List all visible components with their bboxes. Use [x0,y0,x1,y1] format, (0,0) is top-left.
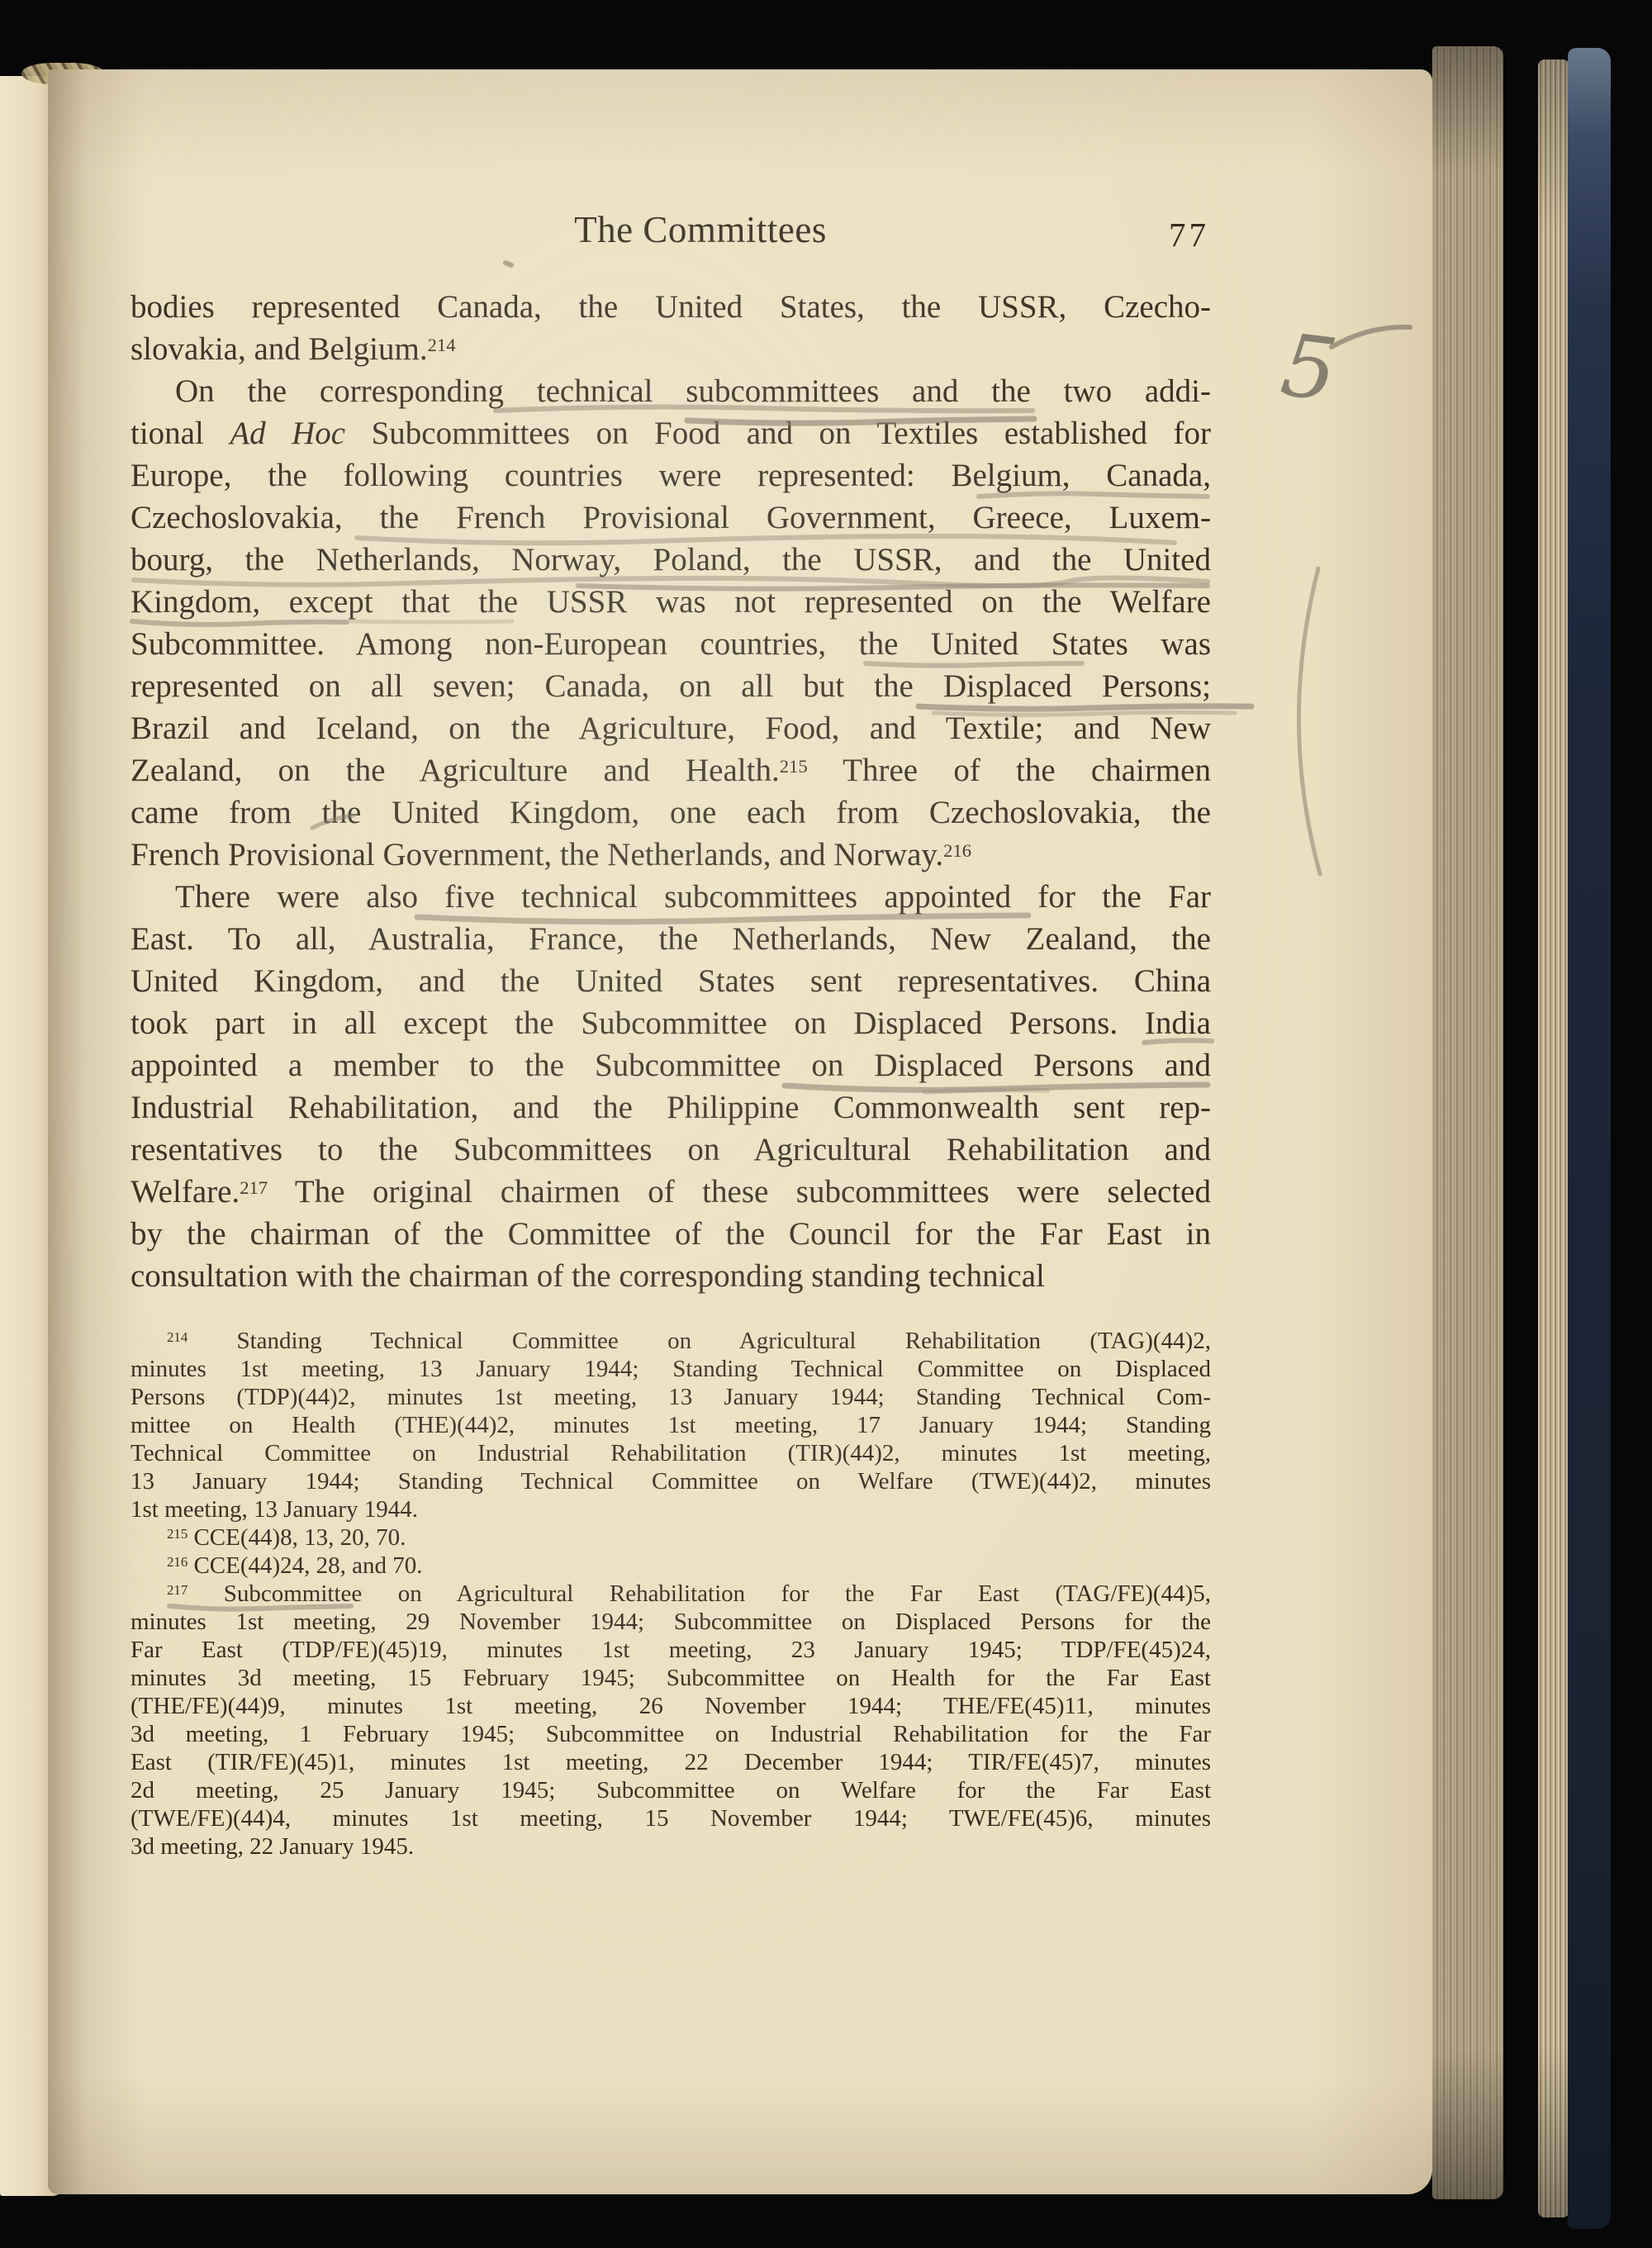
text-line: Industrial Rehabilitation, and the Phili… [131,1086,1211,1129]
text-line: 3d meeting, 1 February 1945; Subcommitte… [131,1720,1211,1748]
paragraph: There were also five technical subcommit… [131,876,1211,1297]
rear-page-block-edge [1538,59,1569,2217]
text-line: minutes 1st meeting, 29 November 1944; S… [131,1608,1211,1636]
book-page: The Committees 77 bodies represented Can… [48,69,1432,2194]
handwritten-margin-number: 5 [1276,314,1343,421]
text-line: minutes 3d meeting, 15 February 1945; Su… [131,1664,1211,1692]
text-line: Europe, the following countries were rep… [131,454,1211,497]
text-line: resentatives to the Subcommittees on Agr… [131,1129,1211,1171]
paragraph: 215 CCE(44)8, 13, 20, 70. [131,1523,1211,1552]
text-line: Persons (TDP)(44)2, minutes 1st meeting,… [131,1383,1211,1411]
text-line: 1st meeting, 13 January 1944. [131,1495,1211,1523]
text-line: Kingdom, except that the USSR was not re… [131,581,1211,623]
paragraph: 217 Subcommittee on Agricultural Rehabil… [131,1580,1211,1861]
photograph-background: The Committees 77 bodies represented Can… [0,0,1652,2248]
text-line: 216 CCE(44)24, 28, and 70. [131,1552,1211,1580]
text-line: minutes 1st meeting, 13 January 1944; St… [131,1355,1211,1383]
text-line: Zealand, on the Agriculture and Health.2… [131,749,1211,791]
text-line: United Kingdom, and the United States se… [131,960,1211,1002]
text-line: French Provisional Government, the Nethe… [131,834,1211,876]
text-line: Czechoslovakia, the French Provisional G… [131,497,1211,539]
text-line: bourg, the Netherlands, Norway, Poland, … [131,539,1211,581]
text-line: came from the United Kingdom, one each f… [131,791,1211,834]
text-line: East. To all, Australia, France, the Net… [131,918,1211,960]
text-line: appointed a member to the Subcommittee o… [131,1044,1211,1086]
text-line: (THE/FE)(44)9, minutes 1st meeting, 26 N… [131,1692,1211,1720]
text-line: Subcommittee. Among non-European countri… [131,623,1211,665]
paragraph: On the corresponding technical subcommit… [131,370,1211,876]
page-fore-edge [1432,46,1503,2199]
book-back-cover [1568,48,1611,2229]
page-number: 77 [1169,215,1209,254]
running-head: The Committees [160,208,1241,251]
paragraph: bodies represented Canada, the United St… [131,286,1211,370]
paragraph: 216 CCE(44)24, 28, and 70. [131,1552,1211,1580]
page-header: The Committees 77 [131,208,1211,256]
text-line: 3d meeting, 22 January 1945. [131,1832,1211,1861]
text-line: slovakia, and Belgium.214 [131,328,1211,370]
text-line: Technical Committee on Industrial Rehabi… [131,1439,1211,1467]
text-line: 217 Subcommittee on Agricultural Rehabil… [131,1580,1211,1608]
text-line: Welfare.217 The original chairmen of the… [131,1171,1211,1213]
text-line: bodies represented Canada, the United St… [131,286,1211,328]
text-line: mittee on Health (THE)(44)2, minutes 1st… [131,1411,1211,1439]
text-line: 215 CCE(44)8, 13, 20, 70. [131,1523,1211,1552]
text-line: Brazil and Iceland, on the Agriculture, … [131,707,1211,749]
text-line: tional Ad Hoc Subcommittees on Food and … [131,412,1211,454]
text-line: 2d meeting, 25 January 1945; Subcommitte… [131,1776,1211,1804]
text-line: represented on all seven; Canada, on all… [131,665,1211,707]
footnotes: 214 Standing Technical Committee on Agri… [131,1327,1211,1861]
paragraph: 214 Standing Technical Committee on Agri… [131,1327,1211,1523]
text-line: Far East (TDP/FE)(45)19, minutes 1st mee… [131,1636,1211,1664]
text-line: (TWE/FE)(44)4, minutes 1st meeting, 15 N… [131,1804,1211,1832]
text-column: The Committees 77 bodies represented Can… [131,208,1211,1861]
text-line: 214 Standing Technical Committee on Agri… [131,1327,1211,1355]
body-text: bodies represented Canada, the United St… [131,286,1211,1297]
text-line: 13 January 1944; Standing Technical Comm… [131,1467,1211,1495]
text-line: On the corresponding technical subcommit… [131,370,1211,412]
text-line: by the chairman of the Committee of the … [131,1213,1211,1255]
text-line: took part in all except the Subcommittee… [131,1002,1211,1044]
text-line: consultation with the chairman of the co… [131,1255,1211,1297]
text-line: East (TIR/FE)(45)1, minutes 1st meeting,… [131,1748,1211,1776]
text-line: There were also five technical subcommit… [131,876,1211,918]
